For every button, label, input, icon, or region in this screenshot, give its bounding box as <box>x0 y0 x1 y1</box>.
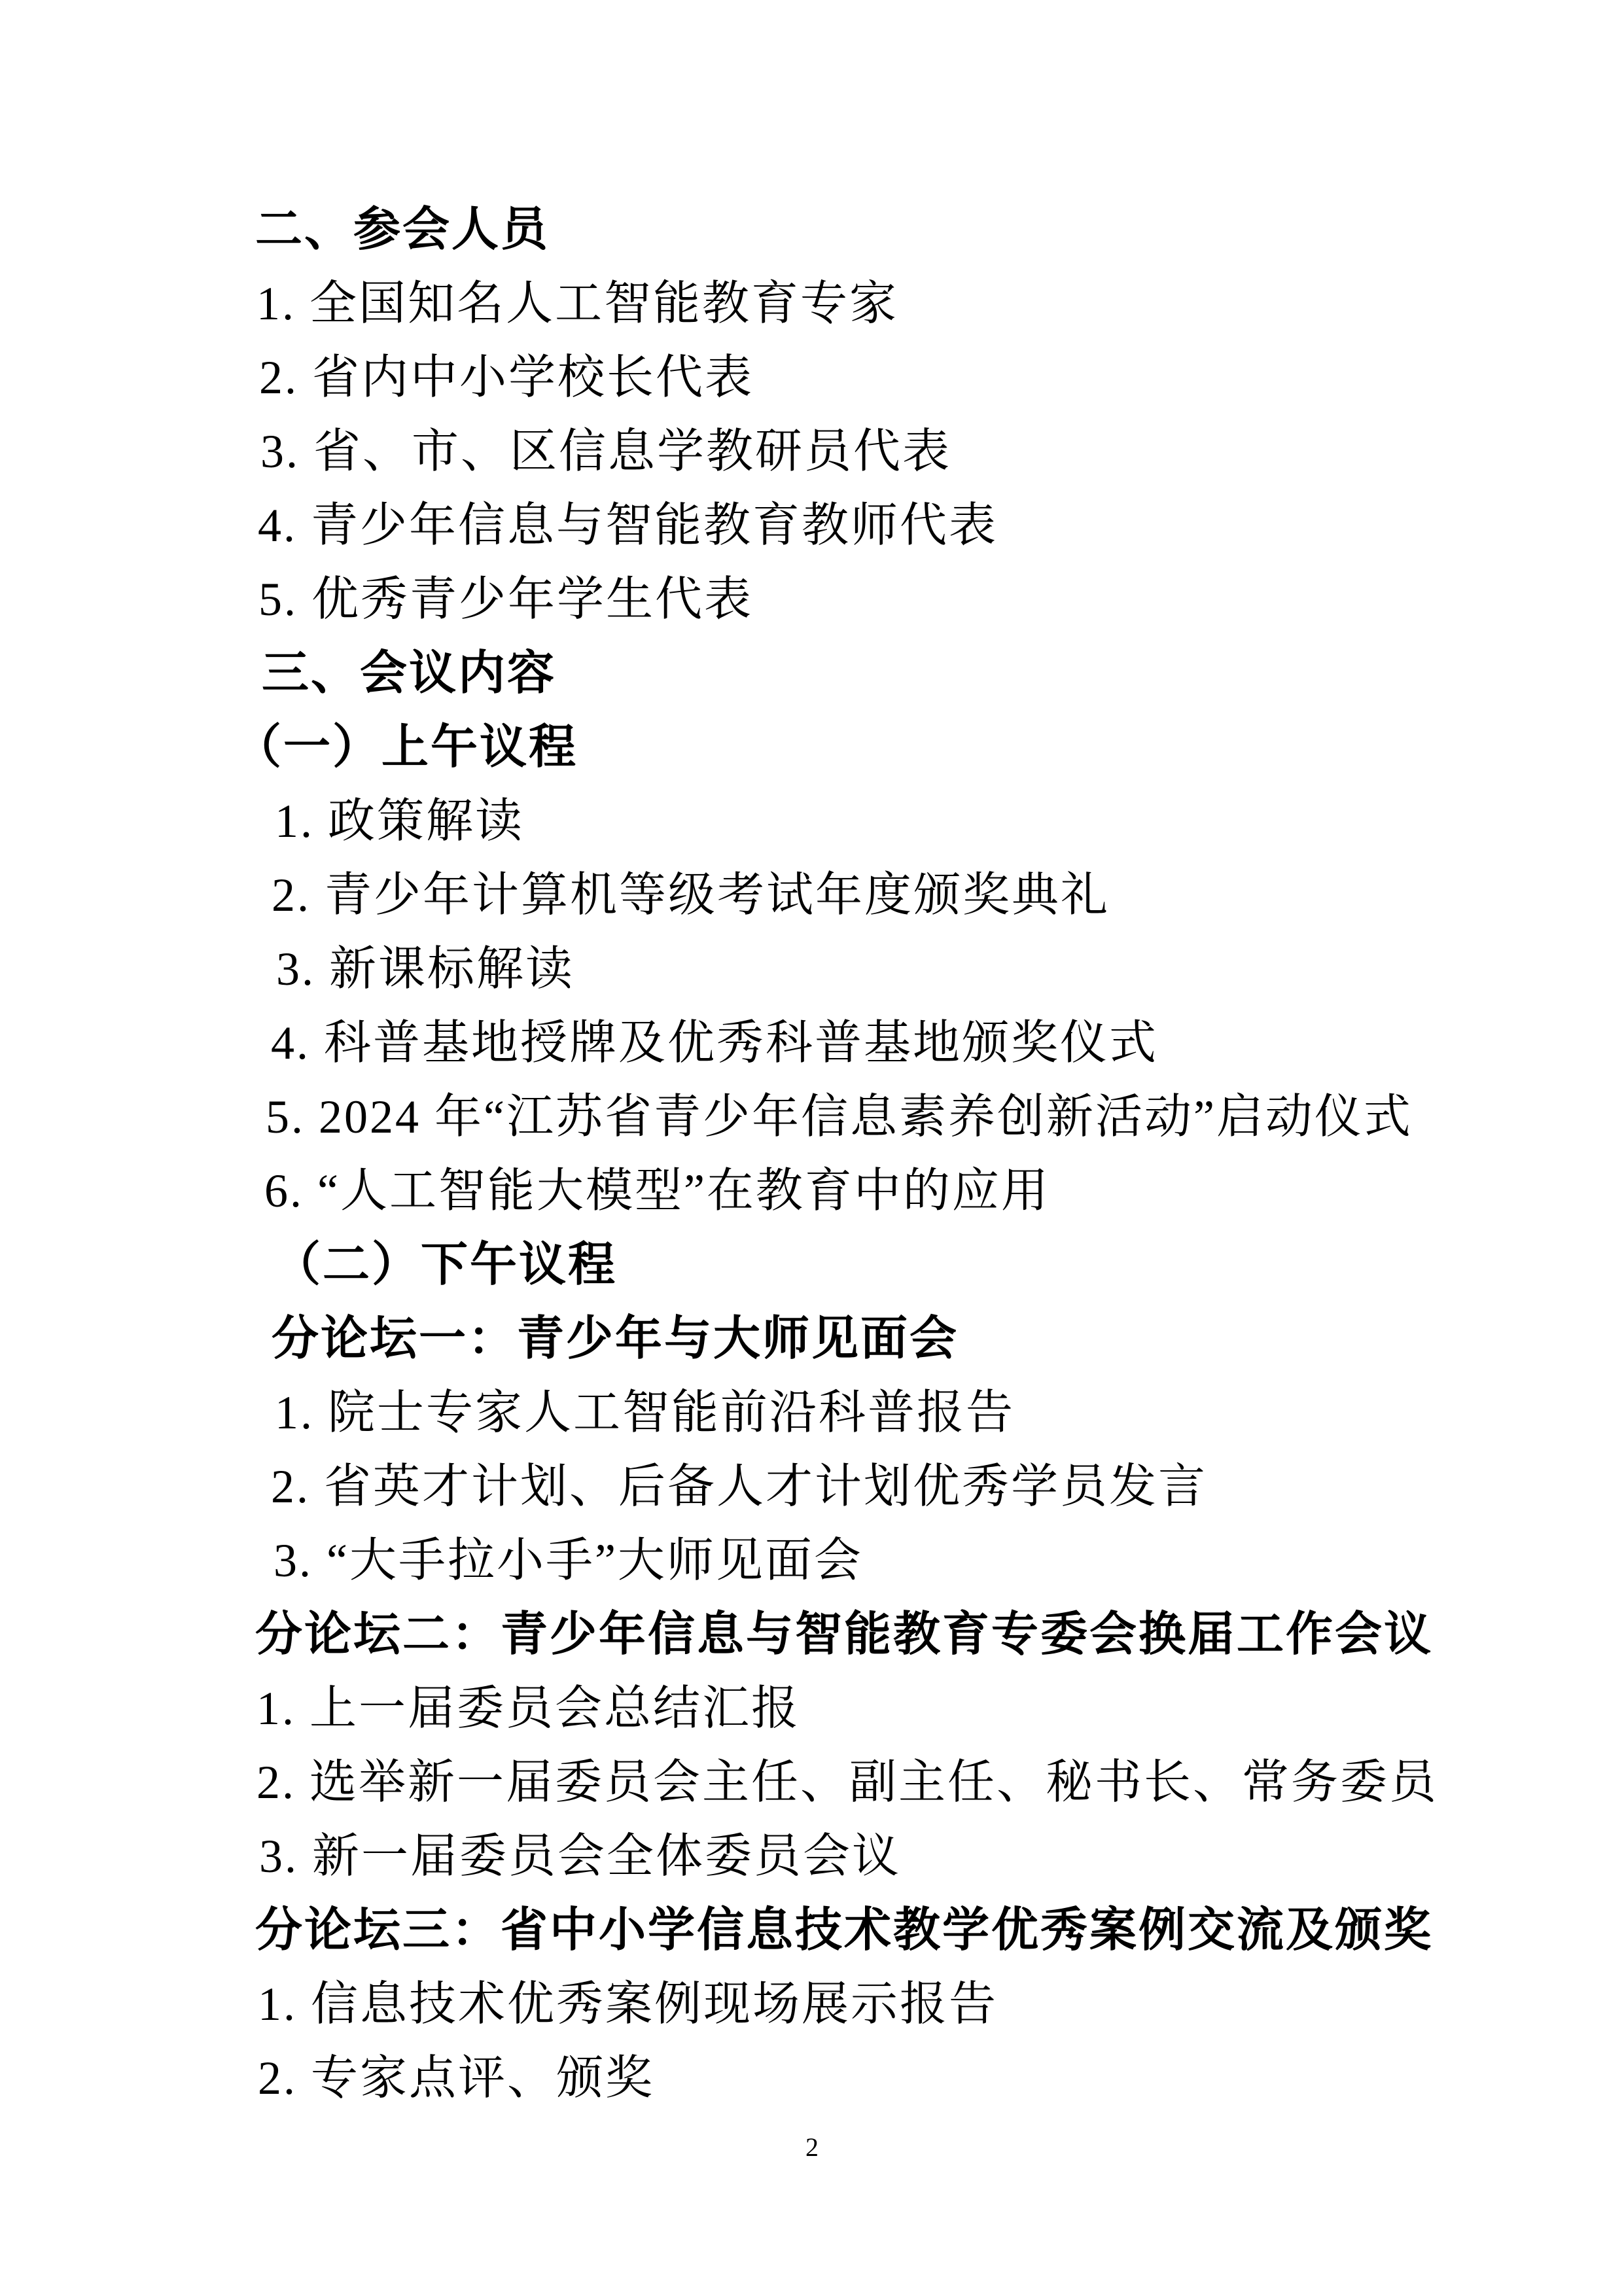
participant-item-4: 4. 青少年信息与智能教育教师代表 <box>258 489 1624 563</box>
forum1-item-2: 2. 省英才计划、后备人才计划优秀学员发言 <box>271 1450 1624 1524</box>
forum2-item-2: 2. 选举新一届委员会主任、副主任、秘书长、常务委员 <box>256 1746 1624 1820</box>
participant-item-5: 5. 优秀青少年学生代表 <box>258 563 1624 637</box>
document-page: 二、参会人员 1. 全国知名人工智能教育专家 2. 省内中小学校长代表 3. 省… <box>0 0 1624 2296</box>
forum2-item-3: 3. 新一届委员会全体委员会议 <box>259 1820 1624 1894</box>
forum3-item-1: 1. 信息技术优秀案例现场展示报告 <box>258 1968 1624 2041</box>
morning-item-3: 3. 新课标解读 <box>276 932 1624 1006</box>
forum1-item-3: 3. “大手拉小手”大师见面会 <box>274 1524 1624 1598</box>
page-number: 2 <box>0 2131 1624 2164</box>
participant-item-2: 2. 省内中小学校长代表 <box>259 341 1624 415</box>
morning-item-1: 1. 政策解读 <box>275 785 1624 858</box>
section-heading-contents: 三、会议内容 <box>262 637 1624 711</box>
subheading-afternoon-agenda: （二）下午议程 <box>274 1228 1624 1302</box>
document-body: 二、参会人员 1. 全国知名人工智能教育专家 2. 省内中小学校长代表 3. 省… <box>0 0 1624 2115</box>
morning-item-6: 6. “人工智能大模型”在教育中的应用 <box>264 1154 1624 1228</box>
participant-item-3: 3. 省、市、区信息学教研员代表 <box>260 415 1624 489</box>
participant-item-1: 1. 全国知名人工智能教育专家 <box>256 267 1624 341</box>
forum1-heading: 分论坛一：青少年与大师见面会 <box>272 1302 1624 1376</box>
forum1-item-1: 1. 院士专家人工智能前沿科普报告 <box>275 1376 1624 1450</box>
morning-item-4: 4. 科普基地授牌及优秀科普基地颁奖仪式 <box>271 1006 1624 1080</box>
forum2-heading: 分论坛二：青少年信息与智能教育专委会换届工作会议 <box>255 1598 1624 1672</box>
morning-item-2: 2. 青少年计算机等级考试年度颁奖典礼 <box>272 858 1624 932</box>
subheading-morning-agenda: （一）上午议程 <box>234 711 1624 785</box>
morning-item-5: 5. 2024 年“江苏省青少年信息素养创新活动”启动仪式 <box>266 1080 1624 1154</box>
forum2-item-1: 1. 上一届委员会总结汇报 <box>256 1672 1624 1746</box>
forum3-item-2: 2. 专家点评、颁奖 <box>258 2041 1624 2115</box>
section-heading-participants: 二、参会人员 <box>255 193 1624 267</box>
forum3-heading: 分论坛三：省中小学信息技术教学优秀案例交流及颁奖 <box>255 1894 1624 1968</box>
